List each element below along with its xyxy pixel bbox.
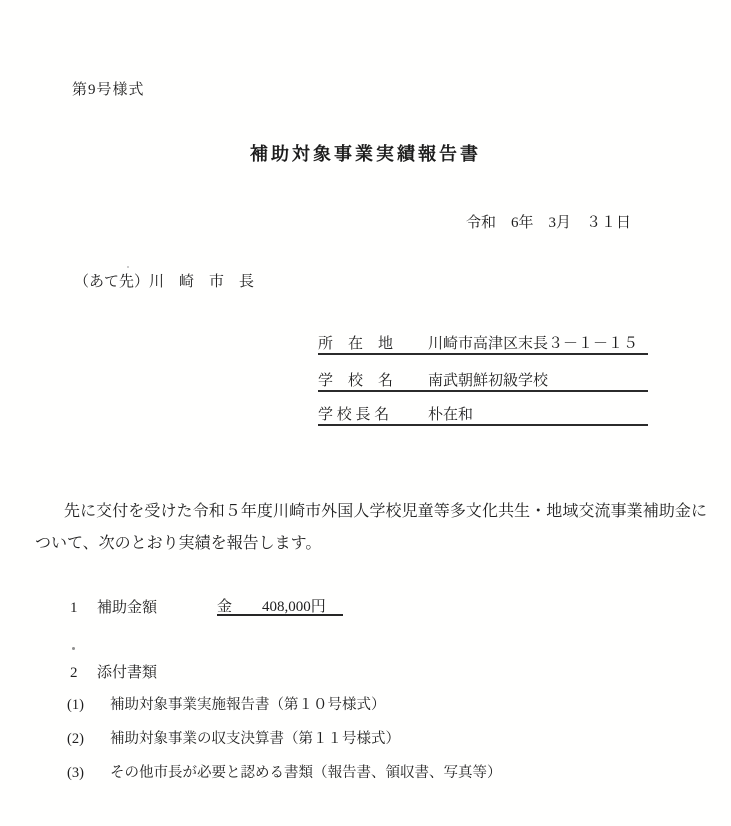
form-number: 第9号様式 [72,78,145,99]
attachment-item-1: (1)補助対象事業実施報告書（第１０号様式） [67,693,386,714]
field-label-principal-name: 学 校 長 名 [318,403,428,424]
field-value-principal-name: 朴在和 [428,407,473,423]
attachment-item-3: (3)その他市長が必要と認める書類（報告書、領収書、写真等） [67,761,502,782]
section-amount-heading: 1補助金額 [70,596,157,617]
scan-artifact-dot [127,266,129,268]
attachment-item-3-marker: (3) [67,765,110,782]
field-row-principal-name: 学 校 長 名朴在和 [318,403,648,426]
attachment-item-3-text: その他市長が必要と認める書類（報告書、領収書、写真等） [110,765,502,781]
field-label-school-name: 学 校 名 [318,369,428,390]
scan-artifact-dot [72,647,75,650]
attachment-item-2-text: 補助対象事業の収支決算書（第１１号様式） [110,731,400,747]
attachment-item-2-marker: (2) [67,731,110,748]
section-amount-number: 1 [70,600,97,617]
amount-value: 金 408,000円 [217,595,343,616]
field-label-address: 所 在 地 [318,332,428,353]
attachment-item-1-marker: (1) [67,697,110,714]
field-value-school-name: 南武朝鮮初級学校 [428,373,548,389]
field-row-school-name: 学 校 名南武朝鮮初級学校 [318,369,648,392]
body-paragraph: 先に交付を受けた令和５年度川崎市外国人学校児童等多文化共生・地域交流事業補助金に… [35,496,707,560]
page-title: 補助対象事業実績報告書 [0,140,731,166]
section-attachments-heading: 2添付書類 [70,661,157,682]
attachment-item-1-text: 補助対象事業実施報告書（第１０号様式） [110,697,386,713]
field-row-address: 所 在 地川崎市高津区末長３－１－１５ [318,332,648,355]
attachment-item-2: (2)補助対象事業の収支決算書（第１１号様式） [67,727,400,748]
section-attachments-number: 2 [70,665,97,682]
section-amount-label: 補助金額 [97,600,157,616]
field-value-address: 川崎市高津区末長３－１－１５ [428,336,638,352]
section-attachments-label: 添付書類 [97,665,157,681]
scanned-report-page: 第9号様式 補助対象事業実績報告書 令和 6年 3月 ３１日 （あて先）川 崎 … [0,0,731,826]
document-date: 令和 6年 3月 ３１日 [466,211,631,232]
addressee-line: （あて先）川 崎 市 長 [74,270,254,291]
